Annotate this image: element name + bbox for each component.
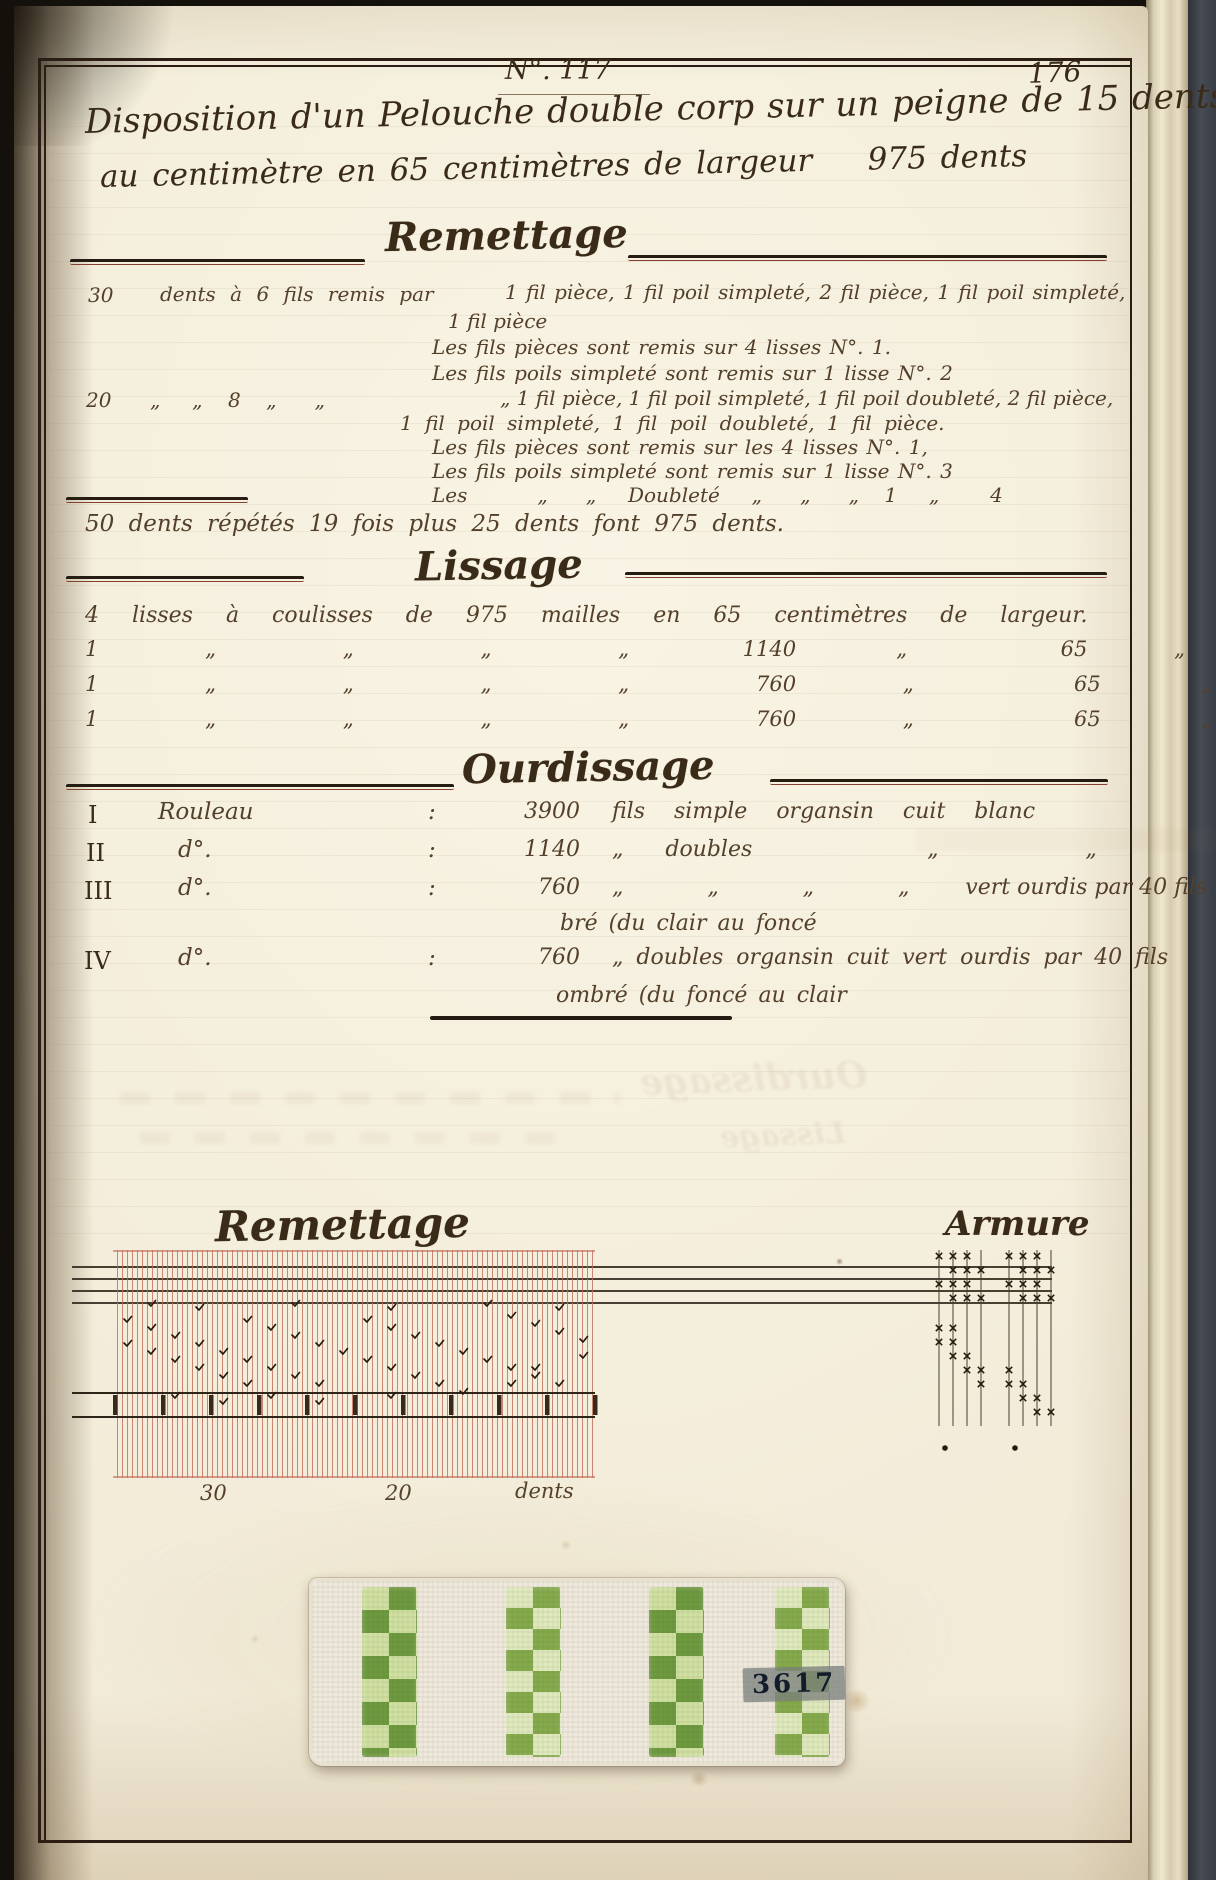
fabric-stripe [649, 1587, 704, 1757]
ourdissage-name: d°. [178, 876, 212, 901]
ourdissage-colon: : [428, 946, 436, 971]
ourdissage-roman-numeral: II [86, 840, 105, 866]
ourdissage-detail-continued: bré (du clair au foncé [560, 912, 817, 936]
heading-rule [625, 572, 1107, 578]
book-cover-edge [1188, 0, 1216, 1880]
ourdissage-name: d°. [178, 838, 212, 863]
ourdissage-colon: : [428, 800, 436, 825]
ourdissage-roman-numeral: III [84, 878, 112, 904]
heading-rule [628, 255, 1107, 261]
ourdissage-roman-numeral: IV [84, 948, 111, 974]
remettage-row5-count: 20 [86, 389, 111, 411]
ourdissage-detail-continued: ombré (du foncé au clair [556, 984, 847, 1008]
ink-bleedthrough: Ourdissage [639, 1054, 868, 1104]
ink-bleedthrough [140, 1132, 560, 1144]
ourdissage-colon: : [428, 876, 436, 901]
diagram-tick-dents: dents [515, 1480, 574, 1503]
binding-gutter-shadow [14, 6, 94, 1880]
diagram-tick-20: 20 [385, 1482, 412, 1505]
ourdissage-detail: fils simple organsin cuit blanc [612, 800, 1035, 824]
remettage-row7: Les fils pièces sont remis sur les 4 lis… [432, 436, 928, 458]
ourdissage-roman-numeral: I [88, 802, 97, 828]
remettage-row5-detail: „ 1 fil pièce, 1 fil poil simpleté, 1 fi… [500, 387, 1113, 409]
remettage-row3: Les fils pièces sont remis sur 4 lisses … [432, 336, 891, 358]
remettage-row2: 1 fil pièce [448, 310, 547, 332]
lissage-row4: 1 „ „ „ „ 760 „ 65 „ „ [85, 708, 1216, 731]
fabric-sample: 3617 [309, 1578, 845, 1766]
fabric-stripe [506, 1587, 561, 1757]
ourdissage-colon: : [428, 838, 436, 863]
ink-bleedthrough: Lissage [719, 1116, 846, 1155]
diagram-tick-30: 30 [200, 1482, 227, 1505]
remettage-summary: 50 dents répétés 19 fois plus 25 dents f… [85, 512, 784, 537]
section-heading-lissage: Lissage [415, 541, 583, 591]
manuscript-photo: N°. 117 176 Disposition d'un Pelouche do… [0, 0, 1216, 1880]
section-heading-remettage: Remettage [385, 210, 629, 261]
heading-rule [70, 259, 365, 265]
ourdissage-qty: 760 [480, 876, 580, 900]
fabric-stripe [362, 1587, 417, 1757]
remettage-row5-dittos: „ „ 8 „ „ [150, 389, 325, 411]
red-warp-grid [113, 1250, 595, 1478]
remettage-threading-diagram [70, 1248, 610, 1483]
lissage-row1: 4 lisses à coulisses de 975 mailles en 6… [85, 604, 1087, 628]
diagram-label-remettage: Remettage [215, 1198, 471, 1251]
diagram-label-armure: Armure [945, 1204, 1090, 1244]
remettage-row8: Les fils poils simpleté sont remis sur 1… [432, 460, 953, 482]
sample-number-stamp: 3617 [743, 1666, 846, 1703]
lissage-row3: 1 „ „ „ „ 760 „ 65 „ „ [85, 673, 1216, 696]
heading-rule [770, 779, 1108, 785]
ourdissage-detail: „ doubles organsin cuit vert ourdis par … [612, 946, 1168, 970]
remettage-row6: 1 fil poil simpleté, 1 fil poil doubleté… [400, 412, 945, 434]
remettage-row1-label: dents à 6 fils remis par [160, 283, 434, 305]
frame-border-left-inner [44, 65, 46, 1842]
ink-bleedthrough [120, 1092, 620, 1104]
lissage-row2: 1 „ „ „ „ 1140 „ 65 „ „ „ „ [85, 638, 1216, 661]
doc-number: N°. 117 [505, 56, 611, 86]
remettage-row4: Les fils poils simpleté sont remis sur 1… [432, 362, 953, 384]
remettage-row1-count: 30 [88, 284, 113, 306]
subtotal-rule [66, 497, 248, 503]
ourdissage-qty: 1140 [480, 838, 580, 862]
frame-border-left [38, 58, 41, 1842]
remettage-row9: Les „ „ Doubleté „ „ „ 1 „ 4 [432, 484, 1003, 506]
ourdissage-detail: „ „ „ „ vert ourdis par 40 fils om- [612, 876, 1216, 900]
heading-rule [66, 784, 454, 790]
armure-weave-diagram [925, 1248, 1075, 1463]
ourdissage-name: Rouleau [158, 800, 253, 825]
ourdissage-qty: 760 [480, 946, 580, 970]
heading-rule [66, 576, 304, 582]
section-end-rule [430, 1016, 732, 1020]
section-heading-ourdissage: Ourdissage [462, 742, 715, 793]
ourdissage-qty: 3900 [480, 800, 580, 824]
remettage-row1-detail: 1 fil pièce, 1 fil poil simpleté, 2 fil … [505, 281, 1125, 303]
page-stack-edge [1146, 0, 1188, 1880]
ourdissage-name: d°. [178, 946, 212, 971]
frame-border-bottom [38, 1840, 1132, 1843]
ink-bleedthrough [917, 829, 1216, 851]
